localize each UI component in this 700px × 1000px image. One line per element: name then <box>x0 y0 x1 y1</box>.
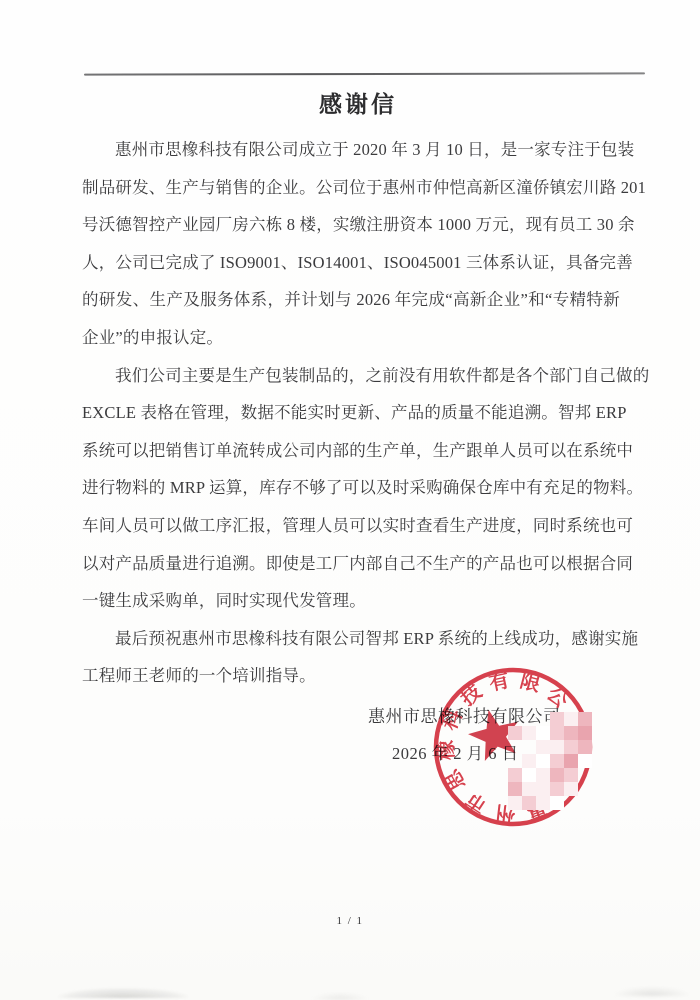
mosaic-cell <box>578 712 592 726</box>
mosaic-cell <box>536 768 550 782</box>
body-line: 以对产品质量进行追溯。即使是工厂内部自己不生产的产品也可以根据合同 <box>82 545 620 583</box>
mosaic-cell <box>564 726 578 740</box>
mosaic-cell <box>536 740 550 754</box>
mosaic-cell <box>508 796 522 810</box>
mosaic-cell <box>522 768 536 782</box>
header-rule-line <box>84 72 645 75</box>
mosaic-cell <box>564 768 578 782</box>
mosaic-cell <box>536 754 550 768</box>
body-line: 号沃德智控产业园厂房六栋 8 楼，实缴注册资本 1000 万元，现有员工 30 … <box>82 206 620 244</box>
scan-artifact <box>612 986 692 996</box>
mosaic-cell <box>578 754 592 768</box>
body-line: 车间人员可以做工序汇报，管理人员可以实时查看生产进度，同时系统也可 <box>82 507 620 545</box>
body-line: 人，公司已完成了 ISO9001、ISO14001、ISO045001 三体系认… <box>82 244 620 282</box>
body-line: 惠州市思橡科技有限公司成立于 2020 年 3 月 10 日，是一家专注于包装 <box>82 131 620 169</box>
mosaic-cell <box>550 796 564 810</box>
mosaic-cell <box>508 782 522 796</box>
mosaic-cell <box>508 768 522 782</box>
mosaic-cell <box>564 782 578 796</box>
body-line: 系统可以把销售订单流转成公司内部的生产单，生产跟单人员可以在系统中 <box>82 432 620 470</box>
mosaic-cell <box>536 796 550 810</box>
mosaic-cell <box>508 726 522 740</box>
mosaic-cell <box>522 796 536 810</box>
mosaic-cell <box>522 782 536 796</box>
scan-artifact <box>310 992 370 1000</box>
scan-artifact <box>58 988 188 998</box>
body-line: 一键生成采购单，同时实现代发管理。 <box>82 582 620 620</box>
mosaic-cell <box>536 726 550 740</box>
body-line: 我们公司主要是生产包装制品的，之前没有用软件都是各个部门自己做的 <box>82 357 620 395</box>
mosaic-cell <box>522 726 536 740</box>
mosaic-cell <box>564 712 578 726</box>
page-number: 1 / 1 <box>0 915 700 927</box>
mosaic-cell <box>522 754 536 768</box>
body-line: 的研发、生产及服务体系，并计划与 2026 年完成“高新企业”和“专精特新 <box>82 281 620 319</box>
body-line: 进行物料的 MRP 运算，库存不够了可以及时采购确保仓库中有充足的物料。 <box>82 469 620 507</box>
mosaic-cell <box>550 740 564 754</box>
mosaic-cell <box>578 740 592 754</box>
mosaic-cell <box>550 726 564 740</box>
body-line: 制品研发、生产与销售的企业。公司位于惠州市仲恺高新区潼侨镇宏川路 201 <box>82 169 620 207</box>
mosaic-cell <box>550 754 564 768</box>
mosaic-cell <box>536 782 550 796</box>
body-line: EXCLE 表格在管理，数据不能实时更新、产品的质量不能追溯。智邦 ERP <box>82 394 620 432</box>
mosaic-cell <box>564 754 578 768</box>
mosaic-cell <box>578 726 592 740</box>
body-line: 企业”的申报认定。 <box>82 319 620 357</box>
mosaic-cell <box>550 712 564 726</box>
mosaic-cell <box>550 768 564 782</box>
scanned-letter-page: 感谢信 惠州市思橡科技有限公司成立于 2020 年 3 月 10 日，是一家专注… <box>0 0 700 1000</box>
letter-body: 惠州市思橡科技有限公司成立于 2020 年 3 月 10 日，是一家专注于包装 … <box>82 131 620 695</box>
letter-title: 感谢信 <box>0 91 700 118</box>
mosaic-cell <box>550 782 564 796</box>
mosaic-cell <box>564 740 578 754</box>
